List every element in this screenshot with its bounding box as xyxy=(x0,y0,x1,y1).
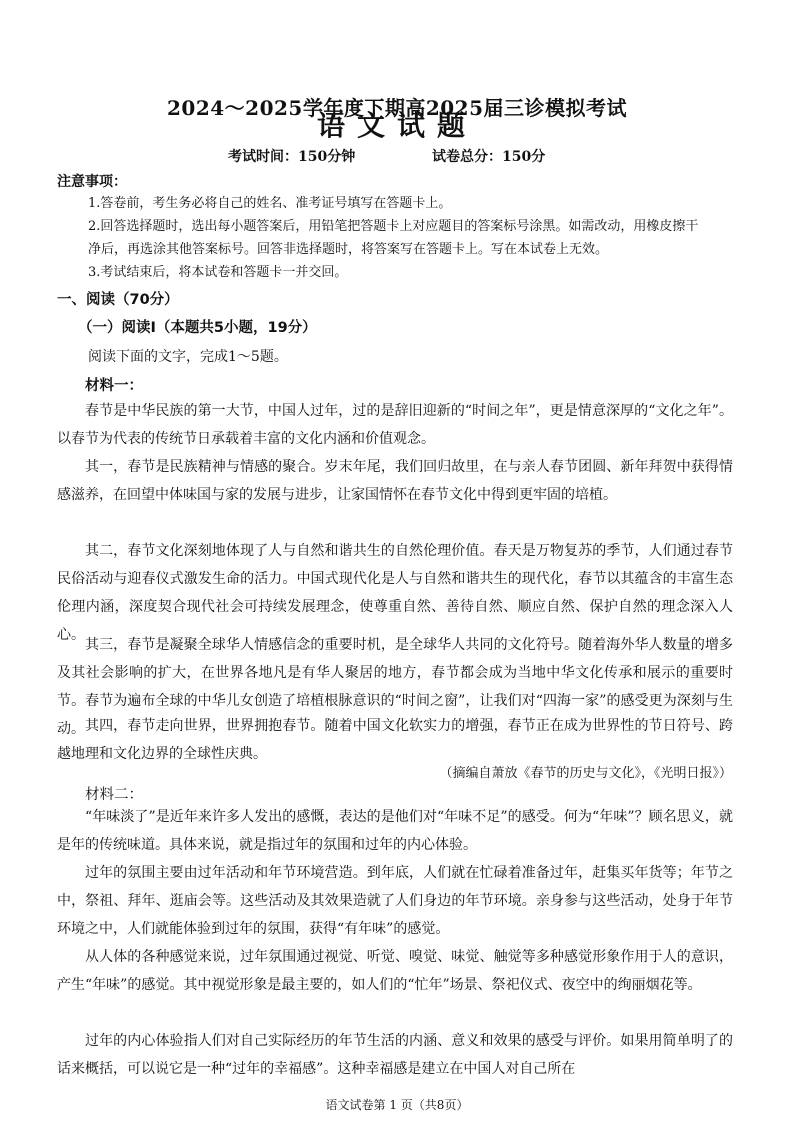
exam-time: 考试时间：150分钟 xyxy=(228,146,355,166)
notice-item-2: 2.回答选择题时，选出每小题答案后，用铅笔把答题卡上对应题目的答案标号涂黑。如需… xyxy=(88,215,698,234)
reading-instruction: 阅读下面的文字，完成1～5题。 xyxy=(88,346,288,366)
material1-label: 材料一： xyxy=(85,374,143,395)
page-footer: 语文试卷第 1 页（共8页） xyxy=(0,1096,794,1113)
subsection-heading: （一）阅读Ⅰ（本题共5小题，19分） xyxy=(78,316,317,337)
section-heading: 一、阅读（70分） xyxy=(57,288,179,309)
material2-paragraph: “年味淡了”是近年来许多人发出的感慨，表达的是他们对“年味不足”的感受。何为“年… xyxy=(57,803,733,859)
material1-paragraph: 其四，春节走向世界，世界拥抱春节。随着中国文化软实力的增强，春节正在成为世界性的… xyxy=(57,712,733,768)
exam-page: 2024～2025学年度下期高2025届三诊模拟考试 语文试题 考试时间：150… xyxy=(0,0,794,1123)
material2-label: 材料二： xyxy=(85,783,143,804)
material1-paragraph: 春节是中华民族的第一大节，中国人过年，过的是辞旧迎新的“时间之年”，更是情意深厚… xyxy=(57,397,733,453)
material1-source: （摘编自萧放《春节的历史与文化》，《光明日报》） xyxy=(439,762,732,781)
material2-paragraph: 过年的内心体验指人们对自己实际经历的年节生活的内涵、意义和效果的感受与评价。如果… xyxy=(57,1027,733,1083)
subject-title: 语文试题 xyxy=(0,104,794,144)
material2-paragraph: 从人体的各种感觉来说，过年氛围通过视觉、听觉、嗅觉、味觉、触觉等多种感觉形象作用… xyxy=(57,943,733,999)
material1-paragraph: 其一，春节是民族精神与情感的聚合。岁末年尾，我们回归故里，在与亲人春节团圆、新年… xyxy=(57,453,733,509)
notice-heading: 注意事项： xyxy=(57,171,127,191)
notice-item-1: 1.答卷前，考生务必将自己的姓名、准考证号填写在答题卡上。 xyxy=(88,192,451,211)
notice-item-2-cont: 净后，再选涂其他答案标号。回答非选择题时，将答案写在答题卡上。写在本试卷上无效。 xyxy=(88,238,608,257)
material2-paragraph: 过年的氛围主要由过年活动和年节环境营造。到年底，人们就在忙碌着准备过年，赶集买年… xyxy=(57,859,733,943)
exam-total-score: 试卷总分：150分 xyxy=(432,146,545,166)
notice-item-3: 3.考试结束后，将本试卷和答题卡一并交回。 xyxy=(88,261,347,280)
